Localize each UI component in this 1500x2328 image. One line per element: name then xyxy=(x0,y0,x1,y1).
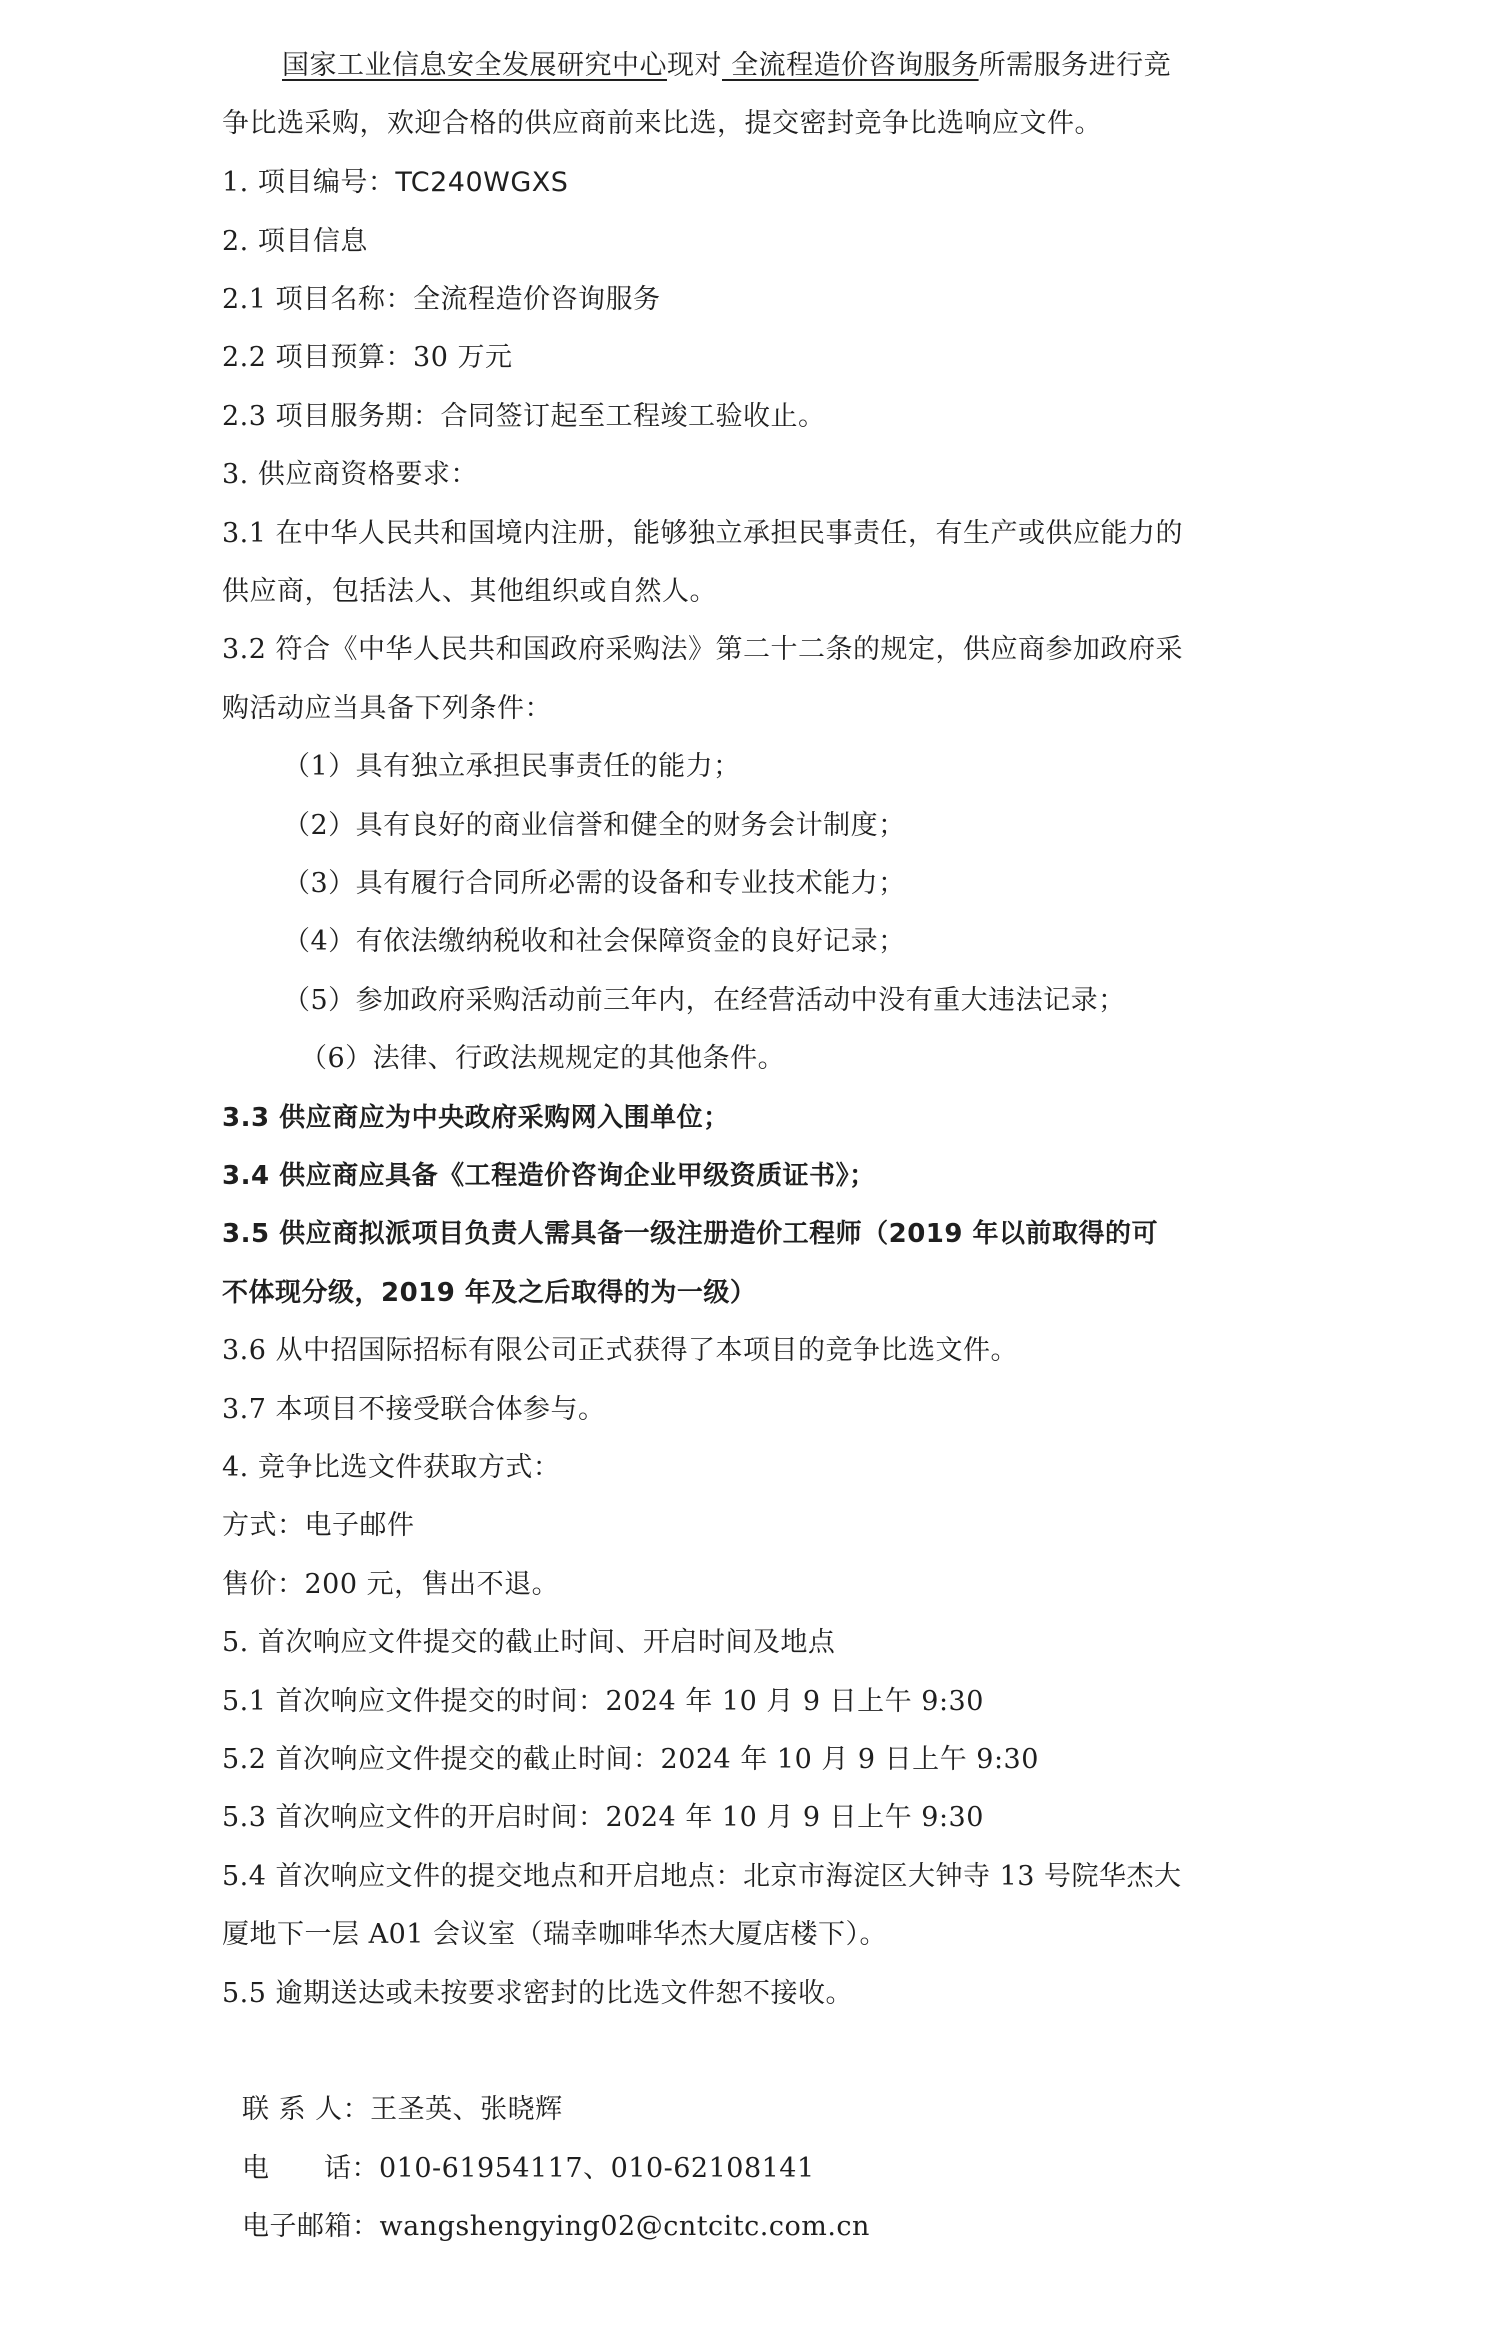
condition-item: （2）具有良好的商业信誉和健全的财务会计制度； xyxy=(283,806,906,846)
item-5-4-line-2: 厦地下一层 A01 会议室（瑞幸咖啡华杰大厦店楼下）。 xyxy=(222,1915,887,1955)
section-3-title: 3. 供应商资格要求： xyxy=(222,455,478,495)
item-3-1-line-1: 3.1 在中华人民共和国境内注册，能够独立承担民事责任，有生产或供应能力的 xyxy=(222,514,1183,554)
section-4-title: 4. 竞争比选文件获取方式： xyxy=(222,1448,560,1488)
intro-line-2: 争比选采购，欢迎合格的供应商前来比选，提交密封竞争比选响应文件。 xyxy=(222,104,1102,144)
item-5-4-line-1: 5.4 首次响应文件的提交地点和开启地点：北京市海淀区大钟寺 13 号院华杰大 xyxy=(222,1857,1182,1897)
item-3-4: 3.4 供应商应具备《工程造价咨询企业甲级资质证书》； xyxy=(222,1156,876,1196)
section-2-title: 2. 项目信息 xyxy=(222,222,368,262)
project-code-value: TC240WGXS xyxy=(395,167,568,198)
procurement-notice-document: 国家工业信息安全发展研究中心现对 全流程造价咨询服务所需服务进行竞 争比选采购，… xyxy=(0,0,1500,2328)
item-3-5-line-1: 3.5 供应商拟派项目负责人需具备一级注册造价工程师（2019 年以前取得的可 xyxy=(222,1214,1158,1254)
condition-item: （5）参加政府采购活动前三年内，在经营活动中没有重大违法记录； xyxy=(283,981,1126,1021)
item-3-7: 3.7 本项目不接受联合体参与。 xyxy=(222,1390,606,1430)
project-code-line: 1. 项目编号：TC240WGXS xyxy=(222,163,568,203)
item-3-2-line-1: 3.2 符合《中华人民共和国政府采购法》第二十二条的规定，供应商参加政府采 xyxy=(222,630,1183,670)
contact-person-line: 联 系 人：王圣英、张晓辉 xyxy=(242,2090,563,2130)
contact-person-label: 联 系 人： xyxy=(242,2094,370,2125)
contact-email-value[interactable]: wangshengying02@cntcitc.com.cn xyxy=(380,2211,870,2242)
organization-name: 国家工业信息安全发展研究中心 xyxy=(282,50,667,81)
item-5-1: 5.1 首次响应文件提交的时间：2024 年 10 月 9 日上午 9:30 xyxy=(222,1682,984,1722)
acquisition-method: 方式：电子邮件 xyxy=(222,1506,415,1546)
condition-item: （1）具有独立承担民事责任的能力； xyxy=(283,747,741,787)
project-budget-line: 2.2 项目预算：30 万元 xyxy=(222,338,512,378)
contact-phone-value: 010-61954117、010-62108141 xyxy=(379,2153,815,2184)
project-name-line: 2.1 项目名称：全流程造价咨询服务 xyxy=(222,280,661,320)
intro-text-now: 现对 xyxy=(667,50,722,81)
item-3-5-line-2: 不体现分级，2019 年及之后取得的为一级） xyxy=(222,1273,756,1313)
contact-phone-label: 电 话： xyxy=(242,2153,379,2184)
contact-phone-line: 电 话：010-61954117、010-62108141 xyxy=(242,2149,815,2189)
project-code-label: 1. 项目编号： xyxy=(222,167,395,198)
project-name-underlined: 全流程造价咨询服务 xyxy=(722,50,979,81)
contact-email-label: 电子邮箱： xyxy=(242,2211,380,2242)
condition-item: （6）法律、行政法规规定的其他条件。 xyxy=(300,1039,785,1079)
contact-email-line: 电子邮箱：wangshengying02@cntcitc.com.cn xyxy=(242,2207,870,2247)
item-5-2: 5.2 首次响应文件提交的截止时间：2024 年 10 月 9 日上午 9:30 xyxy=(222,1740,1039,1780)
item-3-3: 3.3 供应商应为中央政府采购网入围单位； xyxy=(222,1098,730,1138)
intro-line-1: 国家工业信息安全发展研究中心现对 全流程造价咨询服务所需服务进行竞 xyxy=(282,46,1171,86)
condition-item: （3）具有履行合同所必需的设备和专业技术能力； xyxy=(283,864,906,904)
intro-text-rest: 所需服务进行竞 xyxy=(979,50,1172,81)
item-3-2-line-2: 购活动应当具备下列条件： xyxy=(222,689,552,729)
item-5-3: 5.3 首次响应文件的开启时间：2024 年 10 月 9 日上午 9:30 xyxy=(222,1798,984,1838)
document-price: 售价：200 元，售出不退。 xyxy=(222,1565,559,1605)
item-3-1-line-2: 供应商，包括法人、其他组织或自然人。 xyxy=(222,572,717,612)
item-3-6: 3.6 从中招国际招标有限公司正式获得了本项目的竞争比选文件。 xyxy=(222,1331,1018,1371)
section-5-title: 5. 首次响应文件提交的截止时间、开启时间及地点 xyxy=(222,1623,835,1663)
contact-person-value: 王圣英、张晓辉 xyxy=(370,2094,563,2125)
item-5-5: 5.5 逾期送达或未按要求密封的比选文件恕不接收。 xyxy=(222,1974,853,2014)
condition-item: （4）有依法缴纳税收和社会保障资金的良好记录； xyxy=(283,922,906,962)
project-period-line: 2.3 项目服务期：合同签订起至工程竣工验收止。 xyxy=(222,397,826,437)
